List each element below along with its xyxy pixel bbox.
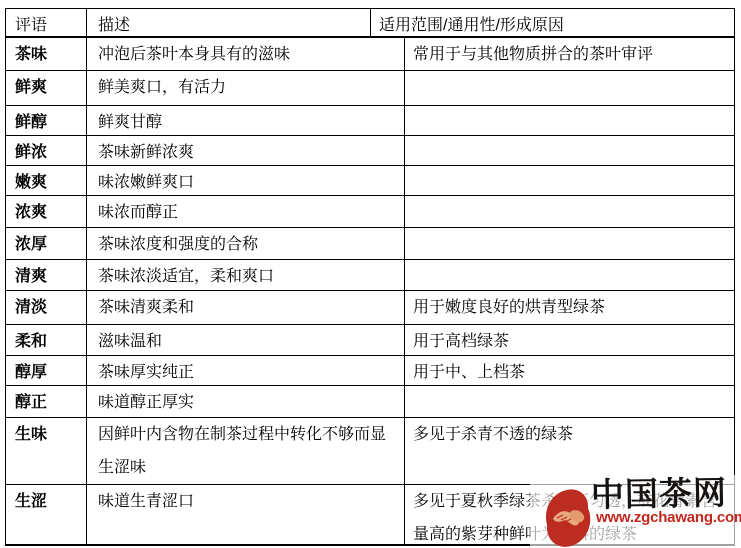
scope-cell: 多见于杀青不透的绿茶	[405, 418, 734, 484]
desc-cell: 冲泡后茶叶本身具有的滋味	[87, 38, 405, 70]
desc-cell: 茶味浓度和强度的合称	[87, 228, 405, 259]
header-term: 评语	[6, 9, 87, 36]
table-row: 生涩 味道生青涩口 多见于夏秋季绿茶杀青不匀透，或花青素含量高的紫芽种鲜叶为原料…	[6, 485, 734, 544]
desc-cell: 鲜爽甘醇	[87, 106, 405, 135]
scope-cell: 多见于夏秋季绿茶杀青不匀透，或花青素含量高的紫芽种鲜叶为原料的绿茶	[405, 485, 734, 544]
table-row: 嫩爽 味浓嫩鲜爽口	[6, 166, 734, 196]
desc-cell: 茶味厚实纯正	[87, 356, 405, 385]
term-cell: 醇正	[6, 386, 87, 417]
term-cell: 醇厚	[6, 356, 87, 385]
term-cell: 生味	[6, 418, 87, 484]
table-row: 生味 因鲜叶内含物在制茶过程中转化不够而显生涩味 多见于杀青不透的绿茶	[6, 418, 734, 485]
table-row: 茶味 冲泡后茶叶本身具有的滋味 常用于与其他物质拼合的茶叶审评	[6, 38, 734, 71]
scope-cell	[405, 166, 734, 195]
table-row: 柔和 滋味温和 用于高档绿茶	[6, 325, 734, 356]
header-scope: 适用范围/通用性/形成原因	[371, 9, 734, 36]
desc-cell: 味道醇正厚实	[87, 386, 405, 417]
scope-cell	[405, 196, 734, 227]
scope-cell	[405, 386, 734, 417]
desc-cell: 味道生青涩口	[87, 485, 405, 544]
desc-cell: 茶味浓淡适宜，柔和爽口	[87, 260, 405, 290]
term-cell: 清爽	[6, 260, 87, 290]
term-cell: 嫩爽	[6, 166, 87, 195]
table-header-row: 评语 描述 适用范围/通用性/形成原因	[6, 9, 734, 38]
desc-cell: 因鲜叶内含物在制茶过程中转化不够而显生涩味	[87, 418, 405, 484]
desc-cell: 茶味清爽柔和	[87, 291, 405, 324]
table-row: 鲜浓 茶味新鲜浓爽	[6, 136, 734, 166]
table-row: 鲜爽 鲜美爽口，有活力	[6, 71, 734, 106]
scope-cell: 用于中、上档茶	[405, 356, 734, 385]
scope-cell	[405, 260, 734, 290]
term-cell: 柔和	[6, 325, 87, 355]
tea-flavor-terms-table: 评语 描述 适用范围/通用性/形成原因 茶味 冲泡后茶叶本身具有的滋味 常用于与…	[5, 8, 735, 546]
header-description: 描述	[87, 9, 371, 36]
scope-cell: 常用于与其他物质拼合的茶叶审评	[405, 38, 734, 70]
table-row: 浓厚 茶味浓度和强度的合称	[6, 228, 734, 260]
scope-cell	[405, 136, 734, 165]
scope-cell: 用于嫩度良好的烘青型绿茶	[405, 291, 734, 324]
term-cell: 浓爽	[6, 196, 87, 227]
table-row: 鲜醇 鲜爽甘醇	[6, 106, 734, 136]
term-cell: 鲜爽	[6, 71, 87, 105]
tea-terms-table-page: 评语 描述 适用范围/通用性/形成原因 茶味 冲泡后茶叶本身具有的滋味 常用于与…	[0, 0, 741, 548]
scope-cell: 用于高档绿茶	[405, 325, 734, 355]
desc-cell: 茶味新鲜浓爽	[87, 136, 405, 165]
term-cell: 鲜醇	[6, 106, 87, 135]
term-cell: 茶味	[6, 38, 87, 70]
desc-cell: 味浓嫩鲜爽口	[87, 166, 405, 195]
term-cell: 鲜浓	[6, 136, 87, 165]
table-row: 醇正 味道醇正厚实	[6, 386, 734, 418]
table-row: 浓爽 味浓而醇正	[6, 196, 734, 228]
term-cell: 清淡	[6, 291, 87, 324]
term-cell: 浓厚	[6, 228, 87, 259]
desc-cell: 滋味温和	[87, 325, 405, 355]
desc-cell: 鲜美爽口，有活力	[87, 71, 405, 105]
term-cell: 生涩	[6, 485, 87, 544]
scope-cell	[405, 71, 734, 105]
table-row: 清淡 茶味清爽柔和 用于嫩度良好的烘青型绿茶	[6, 291, 734, 325]
scope-cell	[405, 106, 734, 135]
table-row: 醇厚 茶味厚实纯正 用于中、上档茶	[6, 356, 734, 386]
table-row: 清爽 茶味浓淡适宜，柔和爽口	[6, 260, 734, 291]
scope-cell	[405, 228, 734, 259]
desc-cell: 味浓而醇正	[87, 196, 405, 227]
